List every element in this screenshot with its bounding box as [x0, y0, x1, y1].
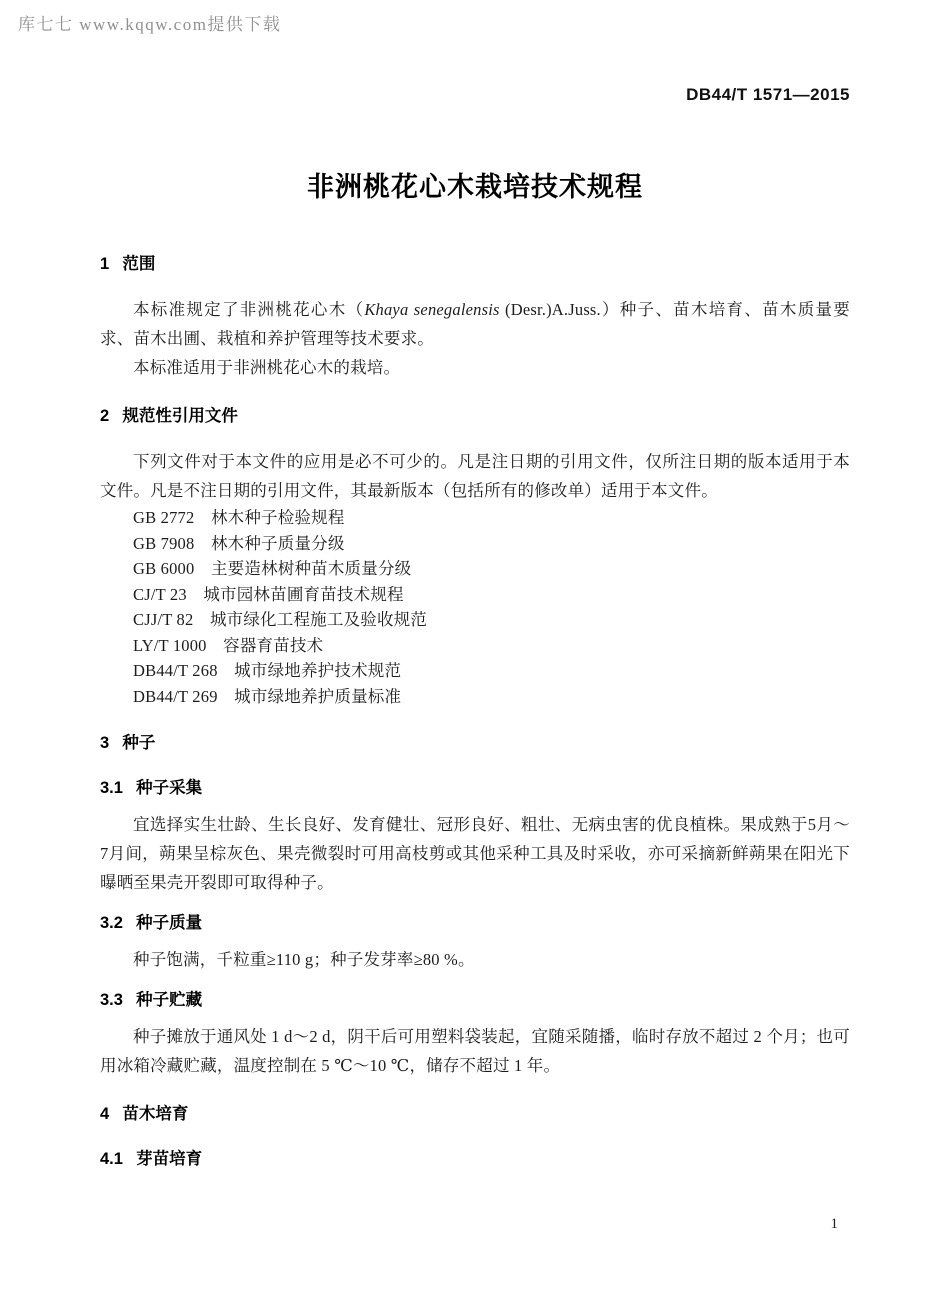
reference-title: 城市绿化工程施工及验收规范 [210, 610, 427, 629]
reference-code: LY/T 1000 [133, 636, 207, 655]
section-3-1-title: 种子采集 [136, 779, 202, 797]
section-3-2-title: 种子质量 [136, 914, 202, 932]
section-3-1-heading: 3.1种子采集 [100, 774, 850, 803]
page-title: 非洲桃花心木栽培技术规程 [100, 168, 850, 206]
section-3-2-heading: 3.2种子质量 [100, 909, 850, 938]
reference-item: DB44/T 269城市绿地养护质量标准 [133, 684, 850, 710]
scope-text-pre: 本标准规定了非洲桃花心木（ [133, 300, 364, 319]
section-3-3-title: 种子贮藏 [136, 991, 202, 1009]
watermark-text: 库七七 www.kqqw.com提供下载 [18, 10, 281, 35]
section-3-3-heading: 3.3种子贮藏 [100, 986, 850, 1015]
section-3-1-paragraph: 宜选择实生壮龄、生长良好、发育健壮、冠形良好、粗壮、无病虫害的优良植株。果成熟于… [100, 810, 850, 897]
section-3-3-paragraph: 种子摊放于通风处 1 d～2 d，阴干后可用塑料袋装起，宜随采随播，临时存放不超… [100, 1022, 850, 1080]
reference-item: GB 2772林木种子检验规程 [133, 505, 850, 531]
reference-item: GB 7908林木种子质量分级 [133, 531, 850, 557]
section-3-1-number: 3.1 [100, 779, 123, 797]
reference-title: 林木种子检验规程 [211, 508, 345, 527]
reference-title: 城市园林苗圃育苗技术规程 [203, 585, 403, 604]
reference-code: GB 2772 [133, 508, 194, 527]
document-page: 库七七 www.kqqw.com提供下载 DB44/T 1571—2015 非洲… [0, 0, 950, 1313]
species-name-italic: Khaya senegalensis [364, 300, 499, 319]
section-2-intro-paragraph: 下列文件对于本文件的应用是必不可少的。凡是注日期的引用文件，仅所注日期的版本适用… [100, 447, 850, 505]
reference-title: 城市绿地养护质量标准 [234, 687, 401, 706]
section-3-title: 种子 [122, 734, 155, 752]
reference-item: DB44/T 268城市绿地养护技术规范 [133, 658, 850, 684]
section-4-1-title: 芽苗培育 [136, 1150, 202, 1168]
reference-code: CJJ/T 82 [133, 610, 193, 629]
reference-code: CJ/T 23 [133, 585, 187, 604]
page-content: DB44/T 1571—2015 非洲桃花心木栽培技术规程 1范围 本标准规定了… [0, 0, 950, 1174]
section-1-number: 1 [100, 255, 109, 273]
references-list: GB 2772林木种子检验规程 GB 7908林木种子质量分级 GB 6000主… [100, 505, 850, 709]
section-4-title: 苗木培育 [122, 1105, 188, 1123]
section-4-1-heading: 4.1芽苗培育 [100, 1145, 850, 1174]
reference-code: DB44/T 269 [133, 687, 218, 706]
page-number: 1 [831, 1216, 839, 1233]
section-4-heading: 4苗木培育 [100, 1100, 850, 1129]
section-4-1-number: 4.1 [100, 1150, 123, 1168]
reference-code: GB 7908 [133, 534, 194, 553]
reference-code: DB44/T 268 [133, 661, 218, 680]
section-3-3-number: 3.3 [100, 991, 123, 1009]
reference-title: 容器育苗技术 [223, 636, 323, 655]
reference-item: CJJ/T 82城市绿化工程施工及验收规范 [133, 607, 850, 633]
section-1-paragraph-2: 本标准适用于非洲桃花心木的栽培。 [100, 353, 850, 382]
reference-item: CJ/T 23城市园林苗圃育苗技术规程 [133, 582, 850, 608]
section-2-title: 规范性引用文件 [122, 407, 238, 425]
reference-title: 城市绿地养护技术规范 [234, 661, 401, 680]
section-3-number: 3 [100, 734, 109, 752]
reference-code: GB 6000 [133, 559, 194, 578]
section-2-number: 2 [100, 407, 109, 425]
section-3-2-number: 3.2 [100, 914, 123, 932]
section-1-heading: 1范围 [100, 250, 850, 279]
section-1-title: 范围 [122, 255, 155, 273]
section-3-heading: 3种子 [100, 729, 850, 758]
section-3-2-paragraph: 种子饱满，千粒重≥110 g；种子发芽率≥80 %。 [100, 945, 850, 974]
reference-title: 主要造林树种苗木质量分级 [211, 559, 411, 578]
section-1-paragraph-1: 本标准规定了非洲桃花心木（Khaya senegalensis (Desr.)A… [100, 295, 850, 353]
reference-item: GB 6000主要造林树种苗木质量分级 [133, 556, 850, 582]
reference-item: LY/T 1000容器育苗技术 [133, 633, 850, 659]
doc-number: DB44/T 1571—2015 [100, 85, 850, 105]
reference-title: 林木种子质量分级 [211, 534, 345, 553]
section-4-number: 4 [100, 1105, 109, 1123]
section-2-heading: 2规范性引用文件 [100, 402, 850, 431]
